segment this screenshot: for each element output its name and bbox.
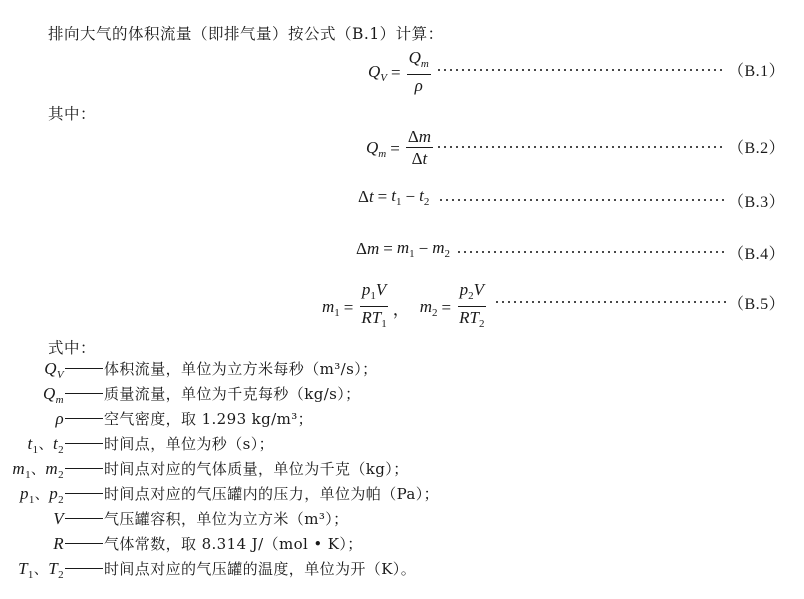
definition-m: m1、m2 时间点对应的气体质量，单位为千克（kg）； xyxy=(0,458,409,481)
definition-qm: Qm 质量流量，单位为千克每秒（kg/s）； xyxy=(0,383,361,406)
equation-number-b4: （B.4） xyxy=(728,241,785,264)
leader-dots xyxy=(436,69,726,71)
eq-b1-fraction: Qm ρ xyxy=(407,48,431,97)
eq-b2-fraction: Δm Δt xyxy=(406,127,433,170)
equation-b4: Δm = m1 − m2 xyxy=(356,238,450,260)
equation-number-b5: （B.5） xyxy=(728,291,785,314)
intro-text: 排向大气的体积流量（即排气量）按公式（B.1）计算： xyxy=(48,22,444,44)
equation-number-b2: （B.2） xyxy=(728,135,785,158)
equation-b5: m1 = p1V RT1 ， m2 = p2V RT2 xyxy=(322,280,488,335)
equation-b3: Δt = t1 − t2 xyxy=(358,186,429,208)
definition-qv: QV 体积流量，单位为立方米每秒（m³/s）； xyxy=(0,358,378,381)
equation-b2: Qm = Δm Δt xyxy=(366,127,435,170)
leader-dots xyxy=(436,146,726,148)
leader-dots xyxy=(438,199,726,201)
leader-dots xyxy=(456,251,726,253)
where-label: 其中： xyxy=(48,102,96,124)
equation-number-b3: （B.3） xyxy=(728,189,785,212)
equation-number-b1: （B.1） xyxy=(728,58,785,81)
definition-rho: ρ 空气密度，取 1.293 kg/m³； xyxy=(0,408,313,429)
eq-b1-lhs: QV xyxy=(368,62,387,84)
eq-b5-fraction-1: p1V RT1 xyxy=(359,280,388,335)
definition-v: V 气压罐容积，单位为立方米（m³）； xyxy=(0,508,349,529)
definition-p: p1、p2 时间点对应的气压罐内的压力，单位为帕（Pa）； xyxy=(0,483,439,506)
leader-dots xyxy=(494,301,726,303)
defs-label: 式中： xyxy=(48,336,96,358)
definition-t: t1、t2 时间点，单位为秒（s）； xyxy=(0,433,274,456)
definition-r: R 气体常数，取 8.314 J/（mol • K）； xyxy=(0,533,363,554)
definition-temp: T1、T2 时间点对应的气压罐的温度，单位为开（K）。 xyxy=(0,558,416,581)
equation-b1: QV = Qm ρ xyxy=(368,48,433,97)
eq-b5-fraction-2: p2V RT2 xyxy=(457,280,486,335)
